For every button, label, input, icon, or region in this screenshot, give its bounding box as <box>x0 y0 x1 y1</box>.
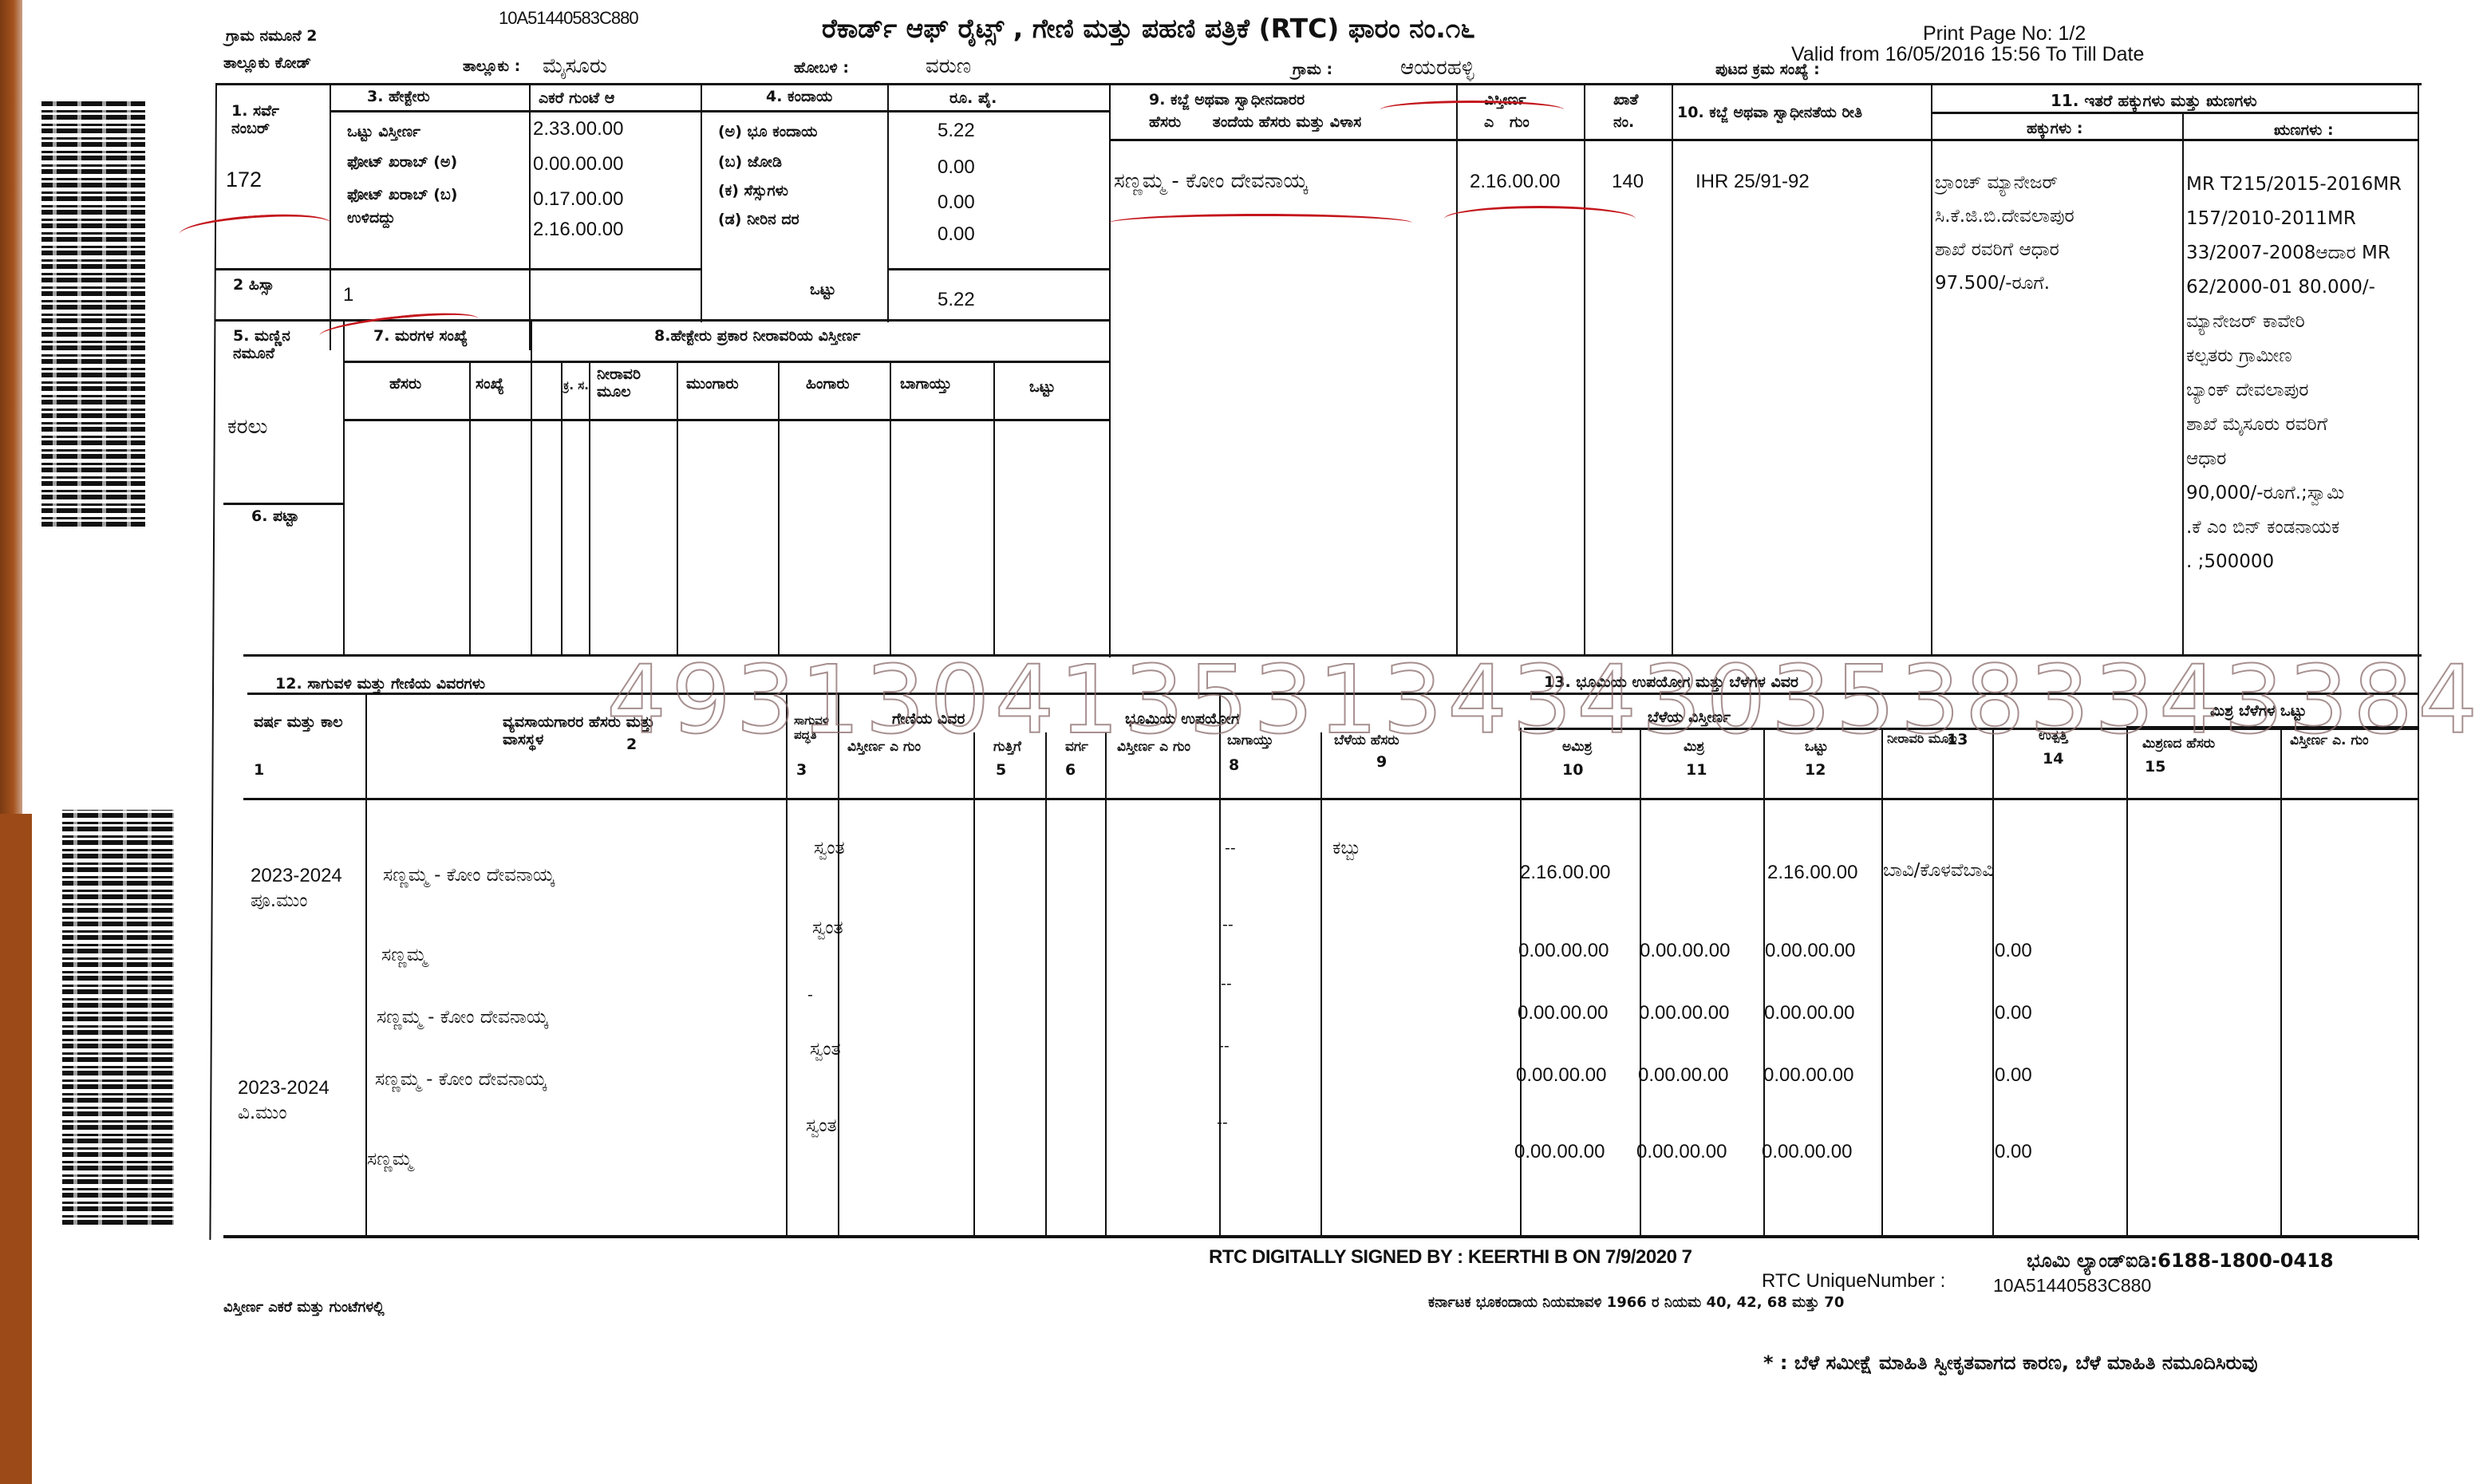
row-yield: 0.00 <box>1995 1002 2032 1024</box>
barcode-bottom <box>62 810 174 1225</box>
row-year: 2023-2024 <box>238 1077 330 1099</box>
liability-line: 90,000/-ರೂಗೆ.;ಸ್ವಾಮಿ <box>2186 476 2402 511</box>
village-value: ಆಯರಹಳ್ಳಿ <box>1400 56 1474 81</box>
row-bagayat: -- <box>1218 1037 1230 1055</box>
rights-line: ಸಿ.ಕೆ.ಜಿ.ಬಿ.ದೇವಲಾಪುರ <box>1935 199 2074 233</box>
liability-line: MR T215/2015-2016MR <box>2186 168 2402 202</box>
photo-background-edge-lower <box>0 814 32 1484</box>
rule <box>1992 728 1994 1235</box>
row-bagayat: -- <box>1221 975 1232 993</box>
extent-row-value: 2.33.00.00 <box>533 118 623 140</box>
rtc-unique-label: RTC UniqueNumber : <box>1762 1270 1945 1293</box>
bhoomi-land-id: ಭೂಮಿ ಲ್ಯಾಂಡ್ಐಡಿ:6188-1800-0418 <box>2027 1249 2334 1272</box>
irrigation-col-header: ಮುಂಗಾರು <box>686 375 739 393</box>
red-pen-mark <box>1109 214 1412 232</box>
extent-row-value: 0.17.00.00 <box>533 188 623 211</box>
rule <box>529 83 531 350</box>
row-method: ಸ್ವಂತ <box>814 838 845 858</box>
row-year: 2023-2024 <box>251 865 342 887</box>
rule <box>1105 732 1107 1235</box>
row-method: ಸ್ವಂತ <box>812 918 843 938</box>
rule <box>1881 728 1883 1235</box>
rule <box>1219 693 1221 1235</box>
irrigation-col-header: ಸಂಖ್ಯೆ <box>476 375 504 393</box>
red-pen-mark <box>179 210 332 247</box>
revenue-row-value: 0.00 <box>938 223 975 246</box>
hissa-label: 2 ಹಿಸ್ಸಾ <box>233 276 274 294</box>
col-header-num: 15 <box>2145 758 2165 776</box>
rule <box>1320 732 1322 1235</box>
row-unmixed: 0.00.00.00 <box>1518 940 1609 962</box>
col-header-num: 10 <box>1562 761 1583 779</box>
row-season: ಪೂ.ಮುಂ <box>251 890 307 911</box>
rule <box>330 83 331 350</box>
irrigation-col-header: ಹಿಂಗಾರು <box>806 375 850 393</box>
row-total: 0.00.00.00 <box>1764 1002 1854 1024</box>
extent-label: 3. ಹೇಕ್ಟೇರು <box>367 88 430 105</box>
irrigation-col-header: ಒಟ್ಟು <box>1029 378 1056 396</box>
row-cultivator: ಸಣ್ಣಮ್ಮ - ಕೋಂ ದೇವನಾಯ್ಕ <box>375 1069 547 1090</box>
khata-number: 140 <box>1612 171 1644 193</box>
page-serial-label: ಪುಟದ ಕ್ರಮ ಸಂಖ್ಯೆ : <box>1715 61 1820 78</box>
row-total: 2.16.00.00 <box>1767 862 1857 884</box>
liability-line: 157/2010-2011MR <box>2186 202 2402 236</box>
rule <box>215 319 1109 322</box>
rule <box>215 83 2422 85</box>
soil-type-value: ಕರಲು <box>227 415 268 440</box>
rights-line: ಶಾಖೆ ರವರಿಗೆ ಆಧಾರ <box>1935 233 2074 266</box>
rule <box>887 83 889 322</box>
extent-row-label: ಫೋಟ್ ಖರಾಬ್ (ಅ) <box>347 153 457 171</box>
liability-line: . ;500000 <box>2186 545 2402 579</box>
row-irrigation: ಬಾವಿ/ಕೊಳವೆಬಾವಿ <box>1883 860 1994 881</box>
rule <box>1672 83 1673 654</box>
hissa-value: 1 <box>343 284 353 306</box>
rule <box>330 110 1109 112</box>
other-rights-header: 11. ಇತರೆ ಹಕ್ಕುಗಳು ಮತ್ತು ಋಣಗಳು <box>2051 91 2257 110</box>
owner-subheader: ಹೆಸರು ತಂದೆಯ ಹೆಸರು ಮತ್ತು ವಿಳಾಸ <box>1149 113 1361 131</box>
survey-number-label: 1. ಸರ್ವೆ ನಂಬರ್ <box>231 102 319 137</box>
rule <box>993 361 995 654</box>
irrigation-col-header: ಕ್ರ. ಸ. <box>563 378 589 393</box>
col-header-num: 9 <box>1376 753 1387 771</box>
extent-row-value: 2.16.00.00 <box>533 219 623 241</box>
liabilities-label: ಋಣಗಳು : <box>2274 121 2334 139</box>
revenue-total-value: 5.22 <box>938 289 975 311</box>
liability-line: ಆಧಾರ <box>2186 442 2402 476</box>
row-method: - <box>807 986 813 1004</box>
row-total: 0.00.00.00 <box>1762 1141 1852 1163</box>
row-unmixed: 0.00.00.00 <box>1516 1064 1606 1087</box>
liabilities-text: MR T215/2015-2016MR 157/2010-2011MR 33/2… <box>2186 168 2402 579</box>
row-cultivator: ಸಣ್ಣಮ್ಮ <box>381 945 427 965</box>
possession-mode-header: 10. ಕಬ್ಜೆ ಅಥವಾ ಸ್ವಾಧೀನತೆಯ ರೀತಿ <box>1677 104 1862 121</box>
rule <box>701 83 702 322</box>
rights-line: 97.500/-ರೂಗೆ. <box>1935 266 2074 300</box>
row-bagayat: -- <box>1217 1114 1228 1131</box>
rule <box>223 503 343 505</box>
row-total: 0.00.00.00 <box>1765 940 1855 962</box>
irrigation-label: 8.ಹೇಕ್ಟೇರು ಪ್ರಕಾರ ನೀರಾವರಿಯ ವಿಸ್ತೀರ್ಣ <box>654 327 860 345</box>
rights-label: ಹಕ್ಕುಗಳು : <box>2027 120 2082 137</box>
row-unmixed: 0.00.00.00 <box>1514 1141 1605 1163</box>
row-method: ಸ್ವಂತ <box>806 1115 837 1136</box>
rule <box>887 268 1109 270</box>
watermark-number: 4931304135313434303538334338423 0 <box>606 645 2483 755</box>
row-mixed: 0.00.00.00 <box>1640 940 1730 962</box>
revenue-row-label: (ಡ) ನೀರಿನ ದರ <box>718 211 799 228</box>
rule <box>1109 139 2418 141</box>
rule <box>1931 83 1932 654</box>
row-unmixed: 0.00.00.00 <box>1518 1002 1608 1024</box>
row-yield: 0.00 <box>1995 1064 2032 1087</box>
validity-date: Valid from 16/05/2016 15:56 To Till Date <box>1791 43 2144 66</box>
irrigation-col-header: ಬಾಗಾಯ್ತು <box>900 375 952 393</box>
rule <box>589 361 590 654</box>
red-pen-mark <box>1380 101 1564 119</box>
rule <box>531 319 532 654</box>
rule <box>2126 728 2128 1235</box>
owner-area: 2.16.00.00 <box>1470 171 1560 193</box>
possession-mode-value: IHR 25/91-92 <box>1695 171 1810 193</box>
rule <box>1931 112 2418 114</box>
row-cultivator: ಸಣ್ಣಮ್ಮ <box>367 1149 413 1170</box>
survey-number-value: 172 <box>226 168 262 192</box>
irrigation-col-header: ನೀರಾವರಿ ಮೂಲ <box>597 365 669 401</box>
rights-text: ಬ್ರಾಂಚ್ ಮ್ಯಾನೇಜರ್ ಸಿ.ಕೆ.ಜಿ.ಬಿ.ದೇವಲಾಪುರ ಶ… <box>1935 166 2074 300</box>
irrigation-col-header: ಹೆಸರು <box>389 375 421 393</box>
khata-header: ಖಾತೆ <box>1613 91 1638 109</box>
revenue-rules-note: ಕರ್ನಾಟಕ ಭೂಕಂದಾಯ ನಿಯಮಾವಳಿ 1966 ರ ನಿಯಮ 40,… <box>1428 1294 1844 1311</box>
rule <box>215 268 701 270</box>
red-pen-mark <box>1444 206 1636 232</box>
row-season: ವಿ.ಮುಂ <box>238 1103 287 1123</box>
col-header-num: 12 <box>1805 761 1826 779</box>
page-title: ರೆಕಾರ್ಡ್ ಆಫ್ ರೈಟ್ಸ್ , ಗೇಣಿ ಮತ್ತು ಪಹಣಿ ಪತ… <box>822 13 1475 45</box>
revenue-total-label: ಒಟ್ಟು <box>810 281 836 298</box>
col-header-num: 1 <box>254 761 264 779</box>
rule <box>2182 112 2184 654</box>
rs-header: ರೂ. ಪೈ. <box>949 89 997 107</box>
taluk-code-label: ತಾಲ್ಲೂಕು ಕೋಡ್ <box>223 54 311 72</box>
rule <box>209 83 217 1240</box>
soil-type-label: 5. ಮಣ್ಣಿನ ನಮೂನೆ <box>233 327 329 362</box>
rule <box>223 1235 2418 1238</box>
hobli-value: ವರುಣ <box>926 54 971 79</box>
rule <box>1456 83 1458 654</box>
rule <box>1584 83 1585 654</box>
row-method: ಸ್ವಂತ <box>810 1039 841 1060</box>
extent-row-label: ಫೋಟ್ ಖರಾಬ್ (ಬ) <box>347 186 457 203</box>
col-header-num: 5 <box>996 761 1006 779</box>
liability-line: 33/2007-2008ಆದಾರ MR <box>2186 236 2402 270</box>
barcode-text: 10A51440583C880 <box>499 8 638 29</box>
revenue-row-value: 0.00 <box>938 156 975 179</box>
khata-subheader: ನಂ. <box>1613 113 1634 131</box>
area-unit-note: ವಿಸ್ತೀರ್ಣ ಎಕರೆ ಮತ್ತು ಗುಂಟೆಗಳಲ್ಲಿ <box>223 1299 385 1316</box>
rule <box>890 361 891 654</box>
col-header-num: 11 <box>1686 761 1707 779</box>
hobli-label: ಹೋಬಳಿ : <box>794 59 849 77</box>
row-cultivator: ಸಣ್ಣಮ್ಮ - ಕೋಂ ದೇವನಾಯ್ಕ <box>377 1007 548 1028</box>
extent-row-label: ಉಳಿದದ್ದು <box>347 209 395 227</box>
taluk-label: ತಾಲ್ಲೂಕು : <box>463 57 520 75</box>
owner-name: ಸಣ್ಣಮ್ಮ - ಕೋಂ ದೇವನಾಯ್ಕ <box>1114 169 1308 194</box>
rule <box>469 361 471 654</box>
extent-row-label: ಒಟ್ಟು ವಿಸ್ತೀರ್ಣ <box>347 123 420 140</box>
section12-header: 12. ಸಾಗುವಳಿ ಮತ್ತು ಗೇಣಿಯ ವಿವರಗಳು <box>275 675 485 693</box>
row-total: 0.00.00.00 <box>1763 1064 1853 1087</box>
col-header-num: 3 <box>796 761 807 779</box>
print-page-number: Print Page No: 1/2 <box>1923 22 2086 45</box>
row-mixed: 0.00.00.00 <box>1636 1141 1727 1163</box>
rights-line: ಬ್ರಾಂಚ್ ಮ್ಯಾನೇಜರ್ <box>1935 166 2074 199</box>
rule <box>1045 732 1047 1235</box>
col-header-num: 6 <box>1065 761 1076 779</box>
row-mixed: 0.00.00.00 <box>1639 1002 1729 1024</box>
revenue-row-label: (ಅ) ಭೂ ಕಂದಾಯ <box>718 123 818 140</box>
liability-line: 62/2000-01 80.000/- <box>2186 270 2402 305</box>
row-unmixed: 2.16.00.00 <box>1520 862 1610 884</box>
form-label: ಗ್ರಾಮ ನಮೂನೆ 2 <box>226 27 317 45</box>
rule <box>778 361 780 654</box>
rule <box>343 319 345 654</box>
liability-line: .ಕೆ ಎಂ ಬಿನ್ ಕಂಡನಾಯಕ <box>2186 511 2402 545</box>
rule <box>1109 83 1111 657</box>
liability-line: ಬ್ಯಾಂಕ್ ದೇವಲಾಪುರ <box>2186 373 2402 408</box>
rule <box>243 798 2418 800</box>
village-label: ಗ್ರಾಮ : <box>1293 61 1332 78</box>
row-mixed: 0.00.00.00 <box>1638 1064 1728 1087</box>
row-bagayat: -- <box>1222 916 1234 933</box>
rule <box>561 361 563 654</box>
rule <box>2280 728 2282 1235</box>
taluk-value: ಮೈಸೂರು <box>543 54 607 79</box>
revenue-label: 4. ಕಂದಾಯ <box>766 88 832 105</box>
liability-line: ಶಾಖೆ ಮೈಸೂರು ರವರಿಗೆ <box>2186 408 2402 442</box>
rule <box>838 693 839 1235</box>
liability-line: ಮ್ಯಾನೇಜರ್ ಕಾವೇರಿ <box>2186 305 2402 339</box>
row-bagayat: -- <box>1225 839 1236 857</box>
revenue-row-label: (ಕ) ಸೆಸ್ಸುಗಳು <box>718 182 788 199</box>
col-header-num: 8 <box>1229 756 1239 774</box>
revenue-row-label: (ಬ) ಜೋಡಿ <box>718 153 782 171</box>
crop-survey-note: * : ಬೆಳೆ ಸಮೀಕ್ಷೆ ಮಾಹಿತಿ ಸ್ವೀಕೃತವಾಗದ ಕಾರಣ… <box>1763 1352 2258 1374</box>
patta-label: 6. ಪಟ್ಟಾ <box>251 507 299 525</box>
rule <box>677 361 678 654</box>
barcode-top <box>41 100 145 527</box>
rtc-unique-value: 10A51440583C880 <box>1993 1275 2151 1297</box>
extent-row-value: 0.00.00.00 <box>533 153 623 176</box>
rule <box>786 693 788 1235</box>
row-yield: 0.00 <box>1995 940 2032 962</box>
digital-signature: RTC DIGITALLY SIGNED BY : KEERTHI B ON 7… <box>1209 1246 1692 1269</box>
col-header: ವರ್ಷ ಮತ್ತು ಕಾಲ <box>254 713 349 731</box>
row-yield: 0.00 <box>1995 1141 2032 1163</box>
row-cultivator: ಸಣ್ಣಮ್ಮ - ಕೋಂ ದೇವನಾಯ್ಕ <box>383 865 555 886</box>
row-crop: ಕಬ್ಬು <box>1332 838 1361 858</box>
rule <box>973 732 975 1235</box>
units-header: ಎಕರೆ ಗುಂಟೆ ಆ <box>539 89 614 107</box>
revenue-row-value: 5.22 <box>938 120 975 142</box>
liability-line: ಕಲ್ಪತರು ಗ್ರಾಮೀಣ <box>2186 339 2402 373</box>
revenue-row-value: 0.00 <box>938 191 975 214</box>
owner-header: 9. ಕಬ್ಜೆ ಅಥವಾ ಸ್ವಾಧೀನದಾರರ <box>1149 91 1305 109</box>
